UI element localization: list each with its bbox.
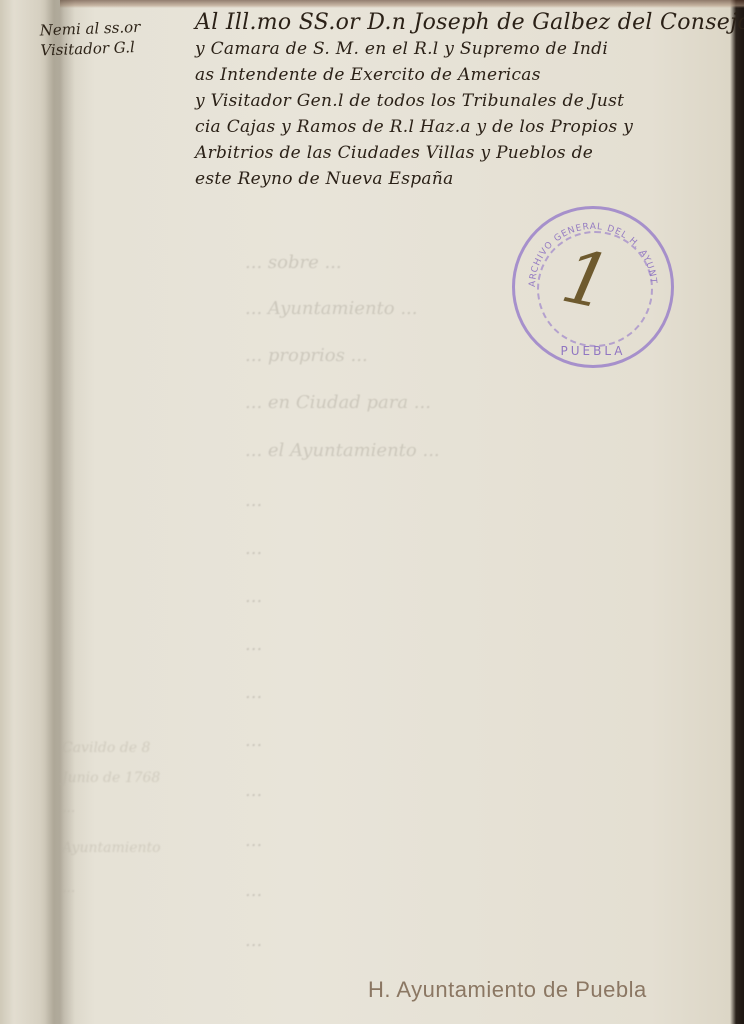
faded-body-line: ... sobre ... <box>245 252 342 273</box>
faded-margin-line: Junio de 1768 <box>62 770 160 786</box>
heading-line: Arbitrios de las Ciudades Villas y Puebl… <box>195 140 735 166</box>
svg-text:PUEBLA: PUEBLA <box>560 344 625 358</box>
faded-margin-line: ... <box>62 880 75 896</box>
faded-body-line: ... <box>245 634 262 655</box>
faded-body-line: ... <box>245 682 262 703</box>
faded-body-line: ... <box>245 930 262 951</box>
archive-stamp: ARCHIVO GENERAL DEL H. AYUNTAMIENTO PUEB… <box>512 206 674 368</box>
binding-fold <box>45 0 75 1024</box>
faded-body-line: ... <box>245 780 262 801</box>
faded-margin-line: Cavildo de 8 <box>62 740 150 756</box>
faded-body-line: ... proprios ... <box>245 345 368 366</box>
faded-body-line: ... <box>245 538 262 559</box>
archive-watermark: H. Ayuntamiento de Puebla <box>368 977 647 1003</box>
faded-margin-line: ... <box>62 800 75 816</box>
heading-line: Al Ill.mo SS.or D.n Joseph de Galbez del… <box>195 10 735 36</box>
faded-body-line: ... Ayuntamiento ... <box>245 298 418 319</box>
manuscript-page: Nemi al ss.or Visitador G.l Al Ill.mo SS… <box>0 0 744 1024</box>
heading-line: y Camara de S. M. en el R.l y Supremo de… <box>195 36 735 62</box>
margin-note: Nemi al ss.or Visitador G.l <box>39 16 180 61</box>
margin-note-line: Visitador G.l <box>40 36 181 61</box>
faded-body-line: ... <box>245 830 262 851</box>
document-heading: Al Ill.mo SS.or D.n Joseph de Galbez del… <box>195 10 735 192</box>
page-top-edge <box>60 0 744 8</box>
faded-body-line: ... <box>245 730 262 751</box>
faded-body-line: ... en Ciudad para ... <box>245 392 431 413</box>
faded-body-line: ... <box>245 490 262 511</box>
faded-body-line: ... <box>245 880 262 901</box>
heading-line: y Visitador Gen.l de todos los Tribunale… <box>195 88 735 114</box>
faded-body-line: ... el Ayuntamiento ... <box>245 440 440 461</box>
faded-margin-line: Ayuntamiento <box>62 840 161 856</box>
heading-line: cia Cajas y Ramos de R.l Haz.a y de los … <box>195 114 735 140</box>
faded-body-line: ... <box>245 586 262 607</box>
heading-line: as Intendente de Exercito de Americas <box>195 62 735 88</box>
heading-line: este Reyno de Nueva España <box>195 166 735 192</box>
